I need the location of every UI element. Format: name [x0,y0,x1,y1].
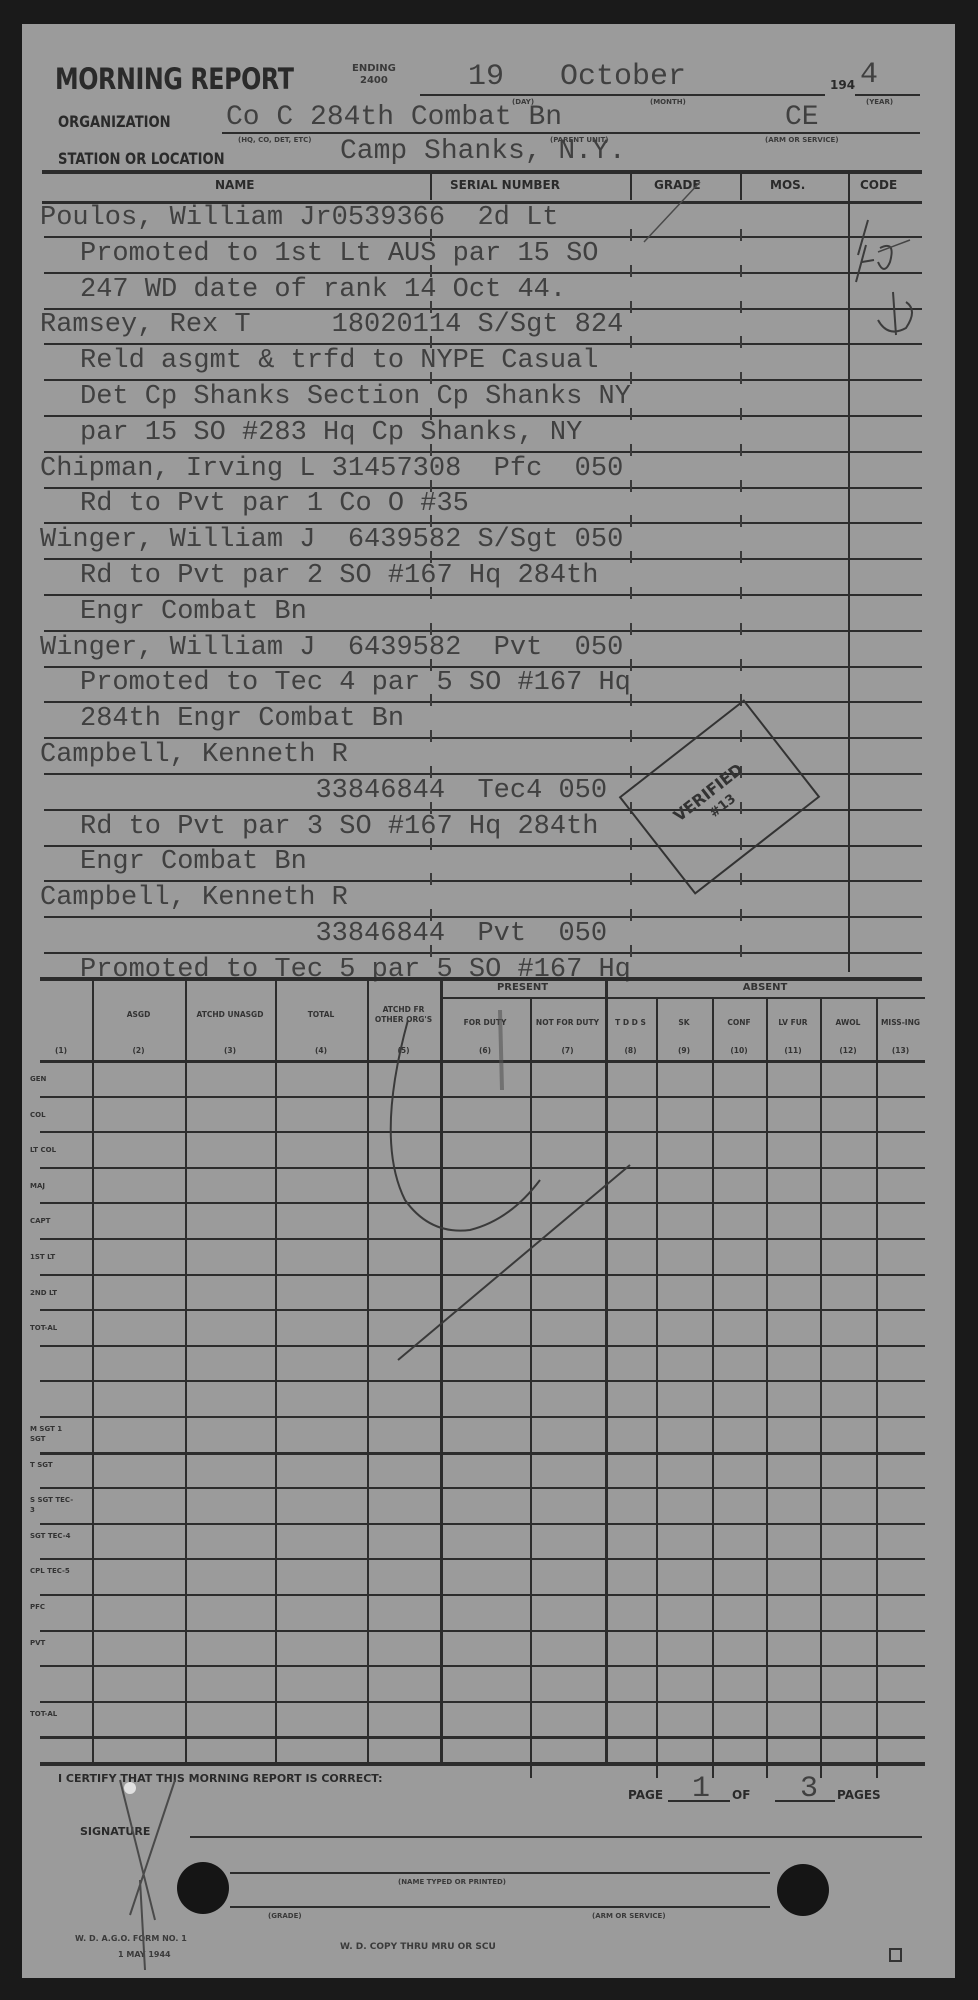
year-prefix: 194 [830,78,855,92]
column-tick [740,301,742,313]
grid-column-line [712,997,714,1778]
copy-note: W. D. COPY THRU MRU OR SCU [340,1942,496,1952]
column-tick [740,873,742,885]
grid-column-line [275,981,277,1762]
org-caption: (HQ, CO, DET, ETC) [238,136,312,144]
grid-row-rule [40,1665,925,1667]
col-divider [740,172,742,200]
entry-line: 33846844 Pvt 050 [40,919,607,949]
entry-rule [44,415,922,417]
entry-remark: Det Cp Shanks Section Cp Shanks NY [80,382,631,412]
column-tick [740,444,742,456]
column-tick [740,336,742,348]
report-day: 19 [468,60,504,94]
column-tick [630,694,632,706]
rank-row-label: 1ST LT [30,1252,75,1262]
entry-line: Poulos, William Jr0539366 2d Lt [40,203,558,233]
handwritten-code-marks [848,200,928,350]
entry-rule [44,343,922,345]
column-tick [740,515,742,527]
organization-value: Co C 284th Combat Bn [226,102,562,133]
date-underline [420,94,825,96]
entry-line: Campbell, Kenneth R [40,740,348,770]
group-rule [440,997,925,999]
present-group-label: PRESENT [440,983,605,993]
column-header-number: (12) [820,1046,876,1056]
column-tick [430,587,432,599]
absent-group-label: ABSENT [605,983,925,993]
column-header-label: CONF [712,1003,766,1043]
entry-remark: 247 WD date of rank 14 Oct 44. [80,275,566,305]
column-tick [430,694,432,706]
punch-hole-right [777,1864,829,1916]
entry-remark: Promoted to Tec 4 par 5 SO #167 Hq [80,668,631,698]
page-label: PAGE [628,1788,663,1802]
column-tick [740,623,742,635]
column-tick [430,873,432,885]
column-tick [630,551,632,563]
grid-row-rule [40,1594,925,1596]
entry-rule [44,845,922,847]
grade-caption: (GRADE) [268,1912,302,1920]
entry-line: Winger, William J 6439582 S/Sgt 050 [40,525,623,555]
name-line [230,1872,770,1874]
column-tick [630,730,632,742]
page-number-underline [668,1800,730,1802]
grid-row-rule [40,1701,925,1703]
entry-rule [44,594,922,596]
entry-remark: Engr Combat Bn [80,597,307,627]
col-divider [630,172,632,200]
col-serial-header: SERIAL NUMBER [450,178,560,192]
column-tick [740,909,742,921]
column-tick [740,551,742,563]
entry-line: Winger, William J 6439582 Pvt 050 [40,633,623,663]
report-year: 4 [860,58,878,92]
entry-line: Ramsey, Rex T 18020114 S/Sgt 824 [40,310,623,340]
column-header-label: ASGD [92,995,185,1035]
year-caption: (YEAR) [866,98,893,106]
column-tick [740,945,742,957]
column-tick [630,336,632,348]
entry-rule [44,701,922,703]
entry-remark: Rd to Pvt par 1 Co O #35 [80,489,469,519]
month-caption: (MONTH) [650,98,686,106]
column-tick [430,838,432,850]
col-code-header: CODE [860,178,897,192]
column-tick [630,766,632,778]
column-header-label: TOTAL [275,995,367,1035]
column-tick [630,873,632,885]
grid-column-line [876,997,878,1778]
pages-label: PAGES [837,1788,881,1802]
station-label: STATION OR LOCATION [58,149,225,168]
column-tick [630,229,632,241]
column-tick [740,659,742,671]
entry-rule [44,916,922,918]
rank-row-label: PVT [30,1638,75,1648]
grid-row-rule [40,1558,925,1560]
column-tick [430,730,432,742]
rank-row-label: TOT-AL [30,1323,75,1333]
column-header-number: (13) [876,1046,925,1056]
column-tick [630,265,632,277]
column-header-label: ATCHD UNASGD [185,995,275,1035]
column-tick [740,480,742,492]
form-title: MORNING REPORT [55,62,294,96]
pencil-annotation [380,1000,680,1380]
grid-column-line [766,997,768,1778]
column-tick [630,623,632,635]
column-header-number: (11) [766,1046,820,1056]
column-tick [740,587,742,599]
signature-line[interactable] [190,1836,922,1838]
arm-value: CE [785,102,819,133]
grid-row-rule [40,1380,925,1382]
entry-remark: Reld asgmt & trfd to NYPE Casual [80,346,598,376]
corner-box [889,1948,902,1962]
header-rule [42,170,922,174]
column-tick [630,838,632,850]
grid-column-line [92,981,94,1762]
rank-row-label: CPL TEC-5 [30,1566,75,1576]
column-header-label: MISS-ING [876,1003,925,1043]
column-header-number: (1) [30,1046,92,1056]
rank-row-label: LT COL [30,1145,75,1155]
table-top-rule [40,977,922,981]
ending-label-bottom: 2400 [352,75,396,87]
entry-rule [44,558,922,560]
report-month: October [560,60,686,94]
rank-row-label: 2ND LT [30,1288,75,1298]
column-header-number: (2) [92,1046,185,1056]
rank-row-label: CAPT [30,1216,75,1226]
year-underline [855,94,920,96]
col-mos-header: MOS. [770,178,805,192]
column-tick [740,408,742,420]
column-header-label [30,995,92,1035]
arm-caption: (ARM OR SERVICE) [765,136,839,144]
entry-remark: Rd to Pvt par 2 SO #167 Hq 284th [80,561,598,591]
ending-label: ENDING 2400 [352,63,396,87]
rank-row-label: PFC [30,1602,75,1612]
col-divider [430,172,432,200]
rank-row-label: T SGT [30,1460,75,1470]
entry-rule [44,308,922,310]
column-tick [630,515,632,527]
grid-row-rule [40,1487,925,1489]
entry-remark: Promoted to 1st Lt AUS par 15 SO [80,239,598,269]
grid-row-rule [40,1452,925,1455]
arm-service-caption: (ARM OR SERVICE) [592,1912,666,1920]
grade-arm-line [230,1906,770,1908]
entry-rule [44,666,922,668]
entry-rule [44,236,922,238]
pencil-check-mark [640,180,720,250]
of-label: OF [732,1788,750,1802]
rank-row-label: SGT TEC-4 [30,1531,75,1541]
rank-row-label: MAJ [30,1181,75,1191]
grid-column-line [367,981,369,1762]
entry-rule [44,737,922,739]
entry-remark: 284th Engr Combat Bn [80,704,404,734]
station-value: Camp Shanks, N.Y. [340,136,626,167]
entry-line: Chipman, Irving L 31457308 Pfc 050 [40,454,623,484]
column-tick [630,909,632,921]
entry-rule [44,880,922,882]
entry-remark: par 15 SO #283 Hq Cp Shanks, NY [80,418,582,448]
rank-row-label: TOT-AL [30,1709,75,1719]
entry-rule [44,487,922,489]
grid-column-line [820,997,822,1778]
column-header-number: (3) [185,1046,275,1056]
rank-row-label: GEN [30,1074,75,1084]
entry-line: Campbell, Kenneth R [40,883,348,913]
grid-row-rule [40,1523,925,1525]
column-tick [630,587,632,599]
grid-bottom-rule [40,1762,925,1766]
column-tick [740,229,742,241]
entry-line: 33846844 Tec4 050 [40,776,607,806]
column-tick [740,372,742,384]
verified-stamp-text: VERIFIED [670,760,747,826]
column-tick [630,444,632,456]
column-tick [630,408,632,420]
entry-rule [44,272,922,274]
grid-column-line [185,981,187,1762]
column-header-number: (4) [275,1046,367,1056]
entry-rule [44,451,922,453]
entry-remark: Rd to Pvt par 3 SO #167 Hq 284th [80,812,598,842]
name-caption: (NAME TYPED OR PRINTED) [398,1878,506,1886]
ending-label-top: ENDING [352,63,396,75]
column-header-label: AWOL [820,1003,876,1043]
rank-row-label: M SGT 1 SGT [30,1424,75,1444]
entry-rule [44,952,922,954]
organization-label: ORGANIZATION [58,112,171,131]
organization-underline [222,132,920,134]
grid-row-rule [40,1630,925,1632]
grid-row-rule [40,1736,925,1739]
page-total-underline [775,1800,835,1802]
column-tick [630,301,632,313]
entry-rule [44,522,922,524]
column-header-label: LV FUR [766,1003,820,1043]
column-tick [740,265,742,277]
column-tick [630,480,632,492]
pencil-x-mark [100,1770,190,1990]
col-name-header: NAME [215,178,254,192]
rank-row-label: S SGT TEC-3 [30,1495,75,1515]
grid-row-rule [40,1416,925,1418]
entry-remark: Engr Combat Bn [80,847,307,877]
column-header-number: (10) [712,1046,766,1056]
entry-rule [44,630,922,632]
rank-row-label: COL [30,1110,75,1120]
entry-rule [44,379,922,381]
